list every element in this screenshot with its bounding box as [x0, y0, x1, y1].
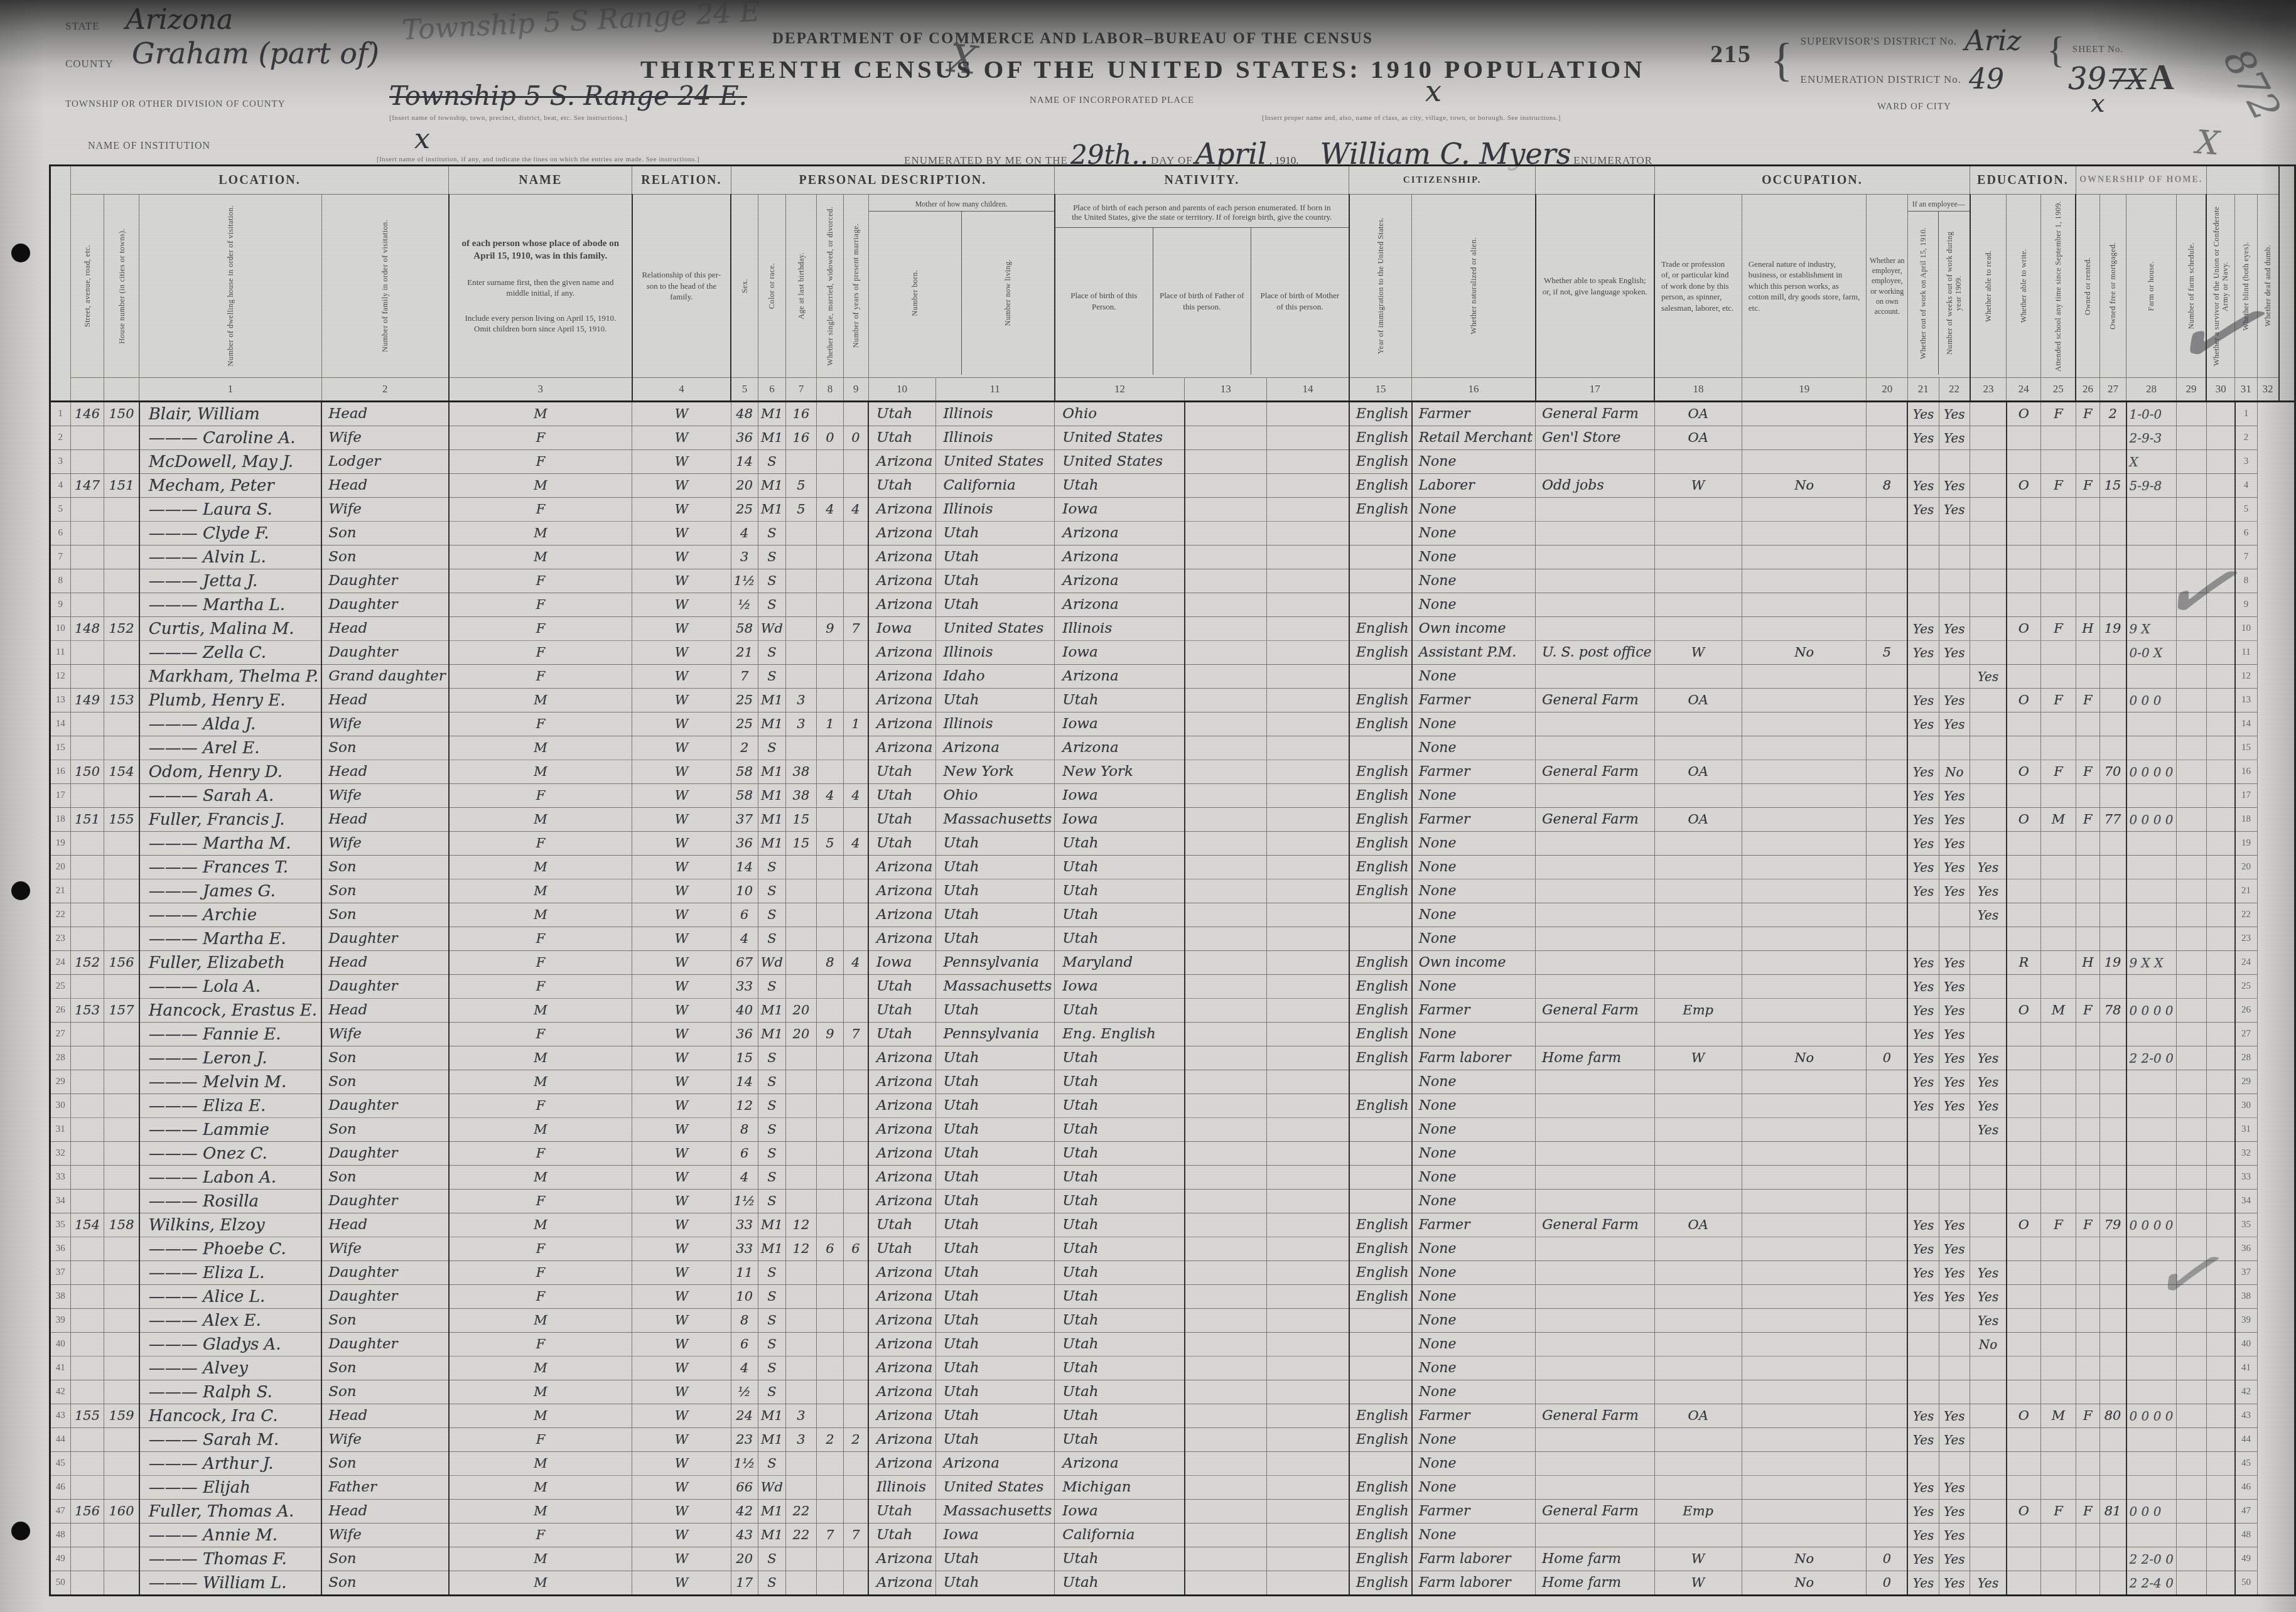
cell-pobf: Utah	[935, 593, 1055, 617]
cell-fam	[104, 903, 139, 927]
cell-eng: English	[1349, 975, 1412, 999]
cell-rel: Son	[321, 1309, 449, 1333]
cell-yrs: 15	[785, 832, 816, 856]
cell-age: 67	[731, 951, 758, 975]
cell-own: O	[2007, 1500, 2041, 1523]
row-number: 7	[2235, 545, 2258, 569]
cell-wks	[1867, 1404, 1907, 1428]
cell-emp	[1654, 1118, 1742, 1142]
cell-wr: Yes	[1939, 1428, 1970, 1452]
cell-natz	[1267, 1309, 1349, 1333]
table-row: 12Markham, Thelma P.Grand daughterFW7SAr…	[50, 665, 2295, 689]
cell-wks	[1867, 689, 1907, 712]
cell-imm	[1185, 1261, 1267, 1285]
cell-fam	[104, 1046, 139, 1070]
cell-fsn	[2099, 1142, 2126, 1166]
cell-wr: Yes	[1939, 784, 1970, 808]
cell-yrs	[785, 1118, 816, 1142]
cell-cb	[817, 975, 844, 999]
cell-wks	[1867, 975, 1907, 999]
cell-age: 1½	[731, 1452, 758, 1476]
row-number-header-left	[50, 166, 71, 402]
cell-color: W	[632, 1142, 731, 1166]
cell-own	[2007, 593, 2041, 617]
cell-pobf: United States	[935, 1476, 1055, 1500]
row-number: 38	[2235, 1285, 2258, 1309]
row-number	[2176, 1285, 2206, 1309]
cell-sex: M	[449, 1213, 632, 1237]
cell-natz	[1267, 1285, 1349, 1309]
cell-rel: Daughter	[321, 1285, 449, 1309]
cell-wks	[1867, 1190, 1907, 1213]
cell-wks	[1867, 1333, 1907, 1357]
col-header-children-born: Num­ber born.	[869, 212, 961, 375]
cell-yrs	[785, 1357, 816, 1380]
row-number: 26	[2235, 999, 2258, 1023]
row-number: 30	[2235, 1094, 2258, 1118]
cell-cl	[843, 808, 868, 832]
cell-pobm: New York	[1055, 760, 1185, 784]
cell-yrs	[785, 736, 816, 760]
cell-wr: Yes	[1939, 1547, 1970, 1571]
cell-imm	[1185, 641, 1267, 665]
cell-dw	[70, 927, 104, 951]
cell-pobm: Utah	[1055, 689, 1185, 712]
cell-imm	[1185, 808, 1267, 832]
cell-sch	[1970, 402, 2007, 426]
cell-rel: Daughter	[321, 1142, 449, 1166]
cell-ind: General Farm	[1536, 999, 1654, 1023]
row-number: 2	[50, 426, 71, 450]
cell-cb	[817, 1213, 844, 1237]
row-number	[2176, 1190, 2206, 1213]
cell-pobf: Utah	[935, 1237, 1055, 1261]
cell-oow	[1742, 1237, 1867, 1261]
cell-fsn	[2099, 784, 2126, 808]
cell-cb	[817, 402, 844, 426]
cell-fsn	[2099, 1523, 2126, 1547]
table-row: 16150154Odom, Henry D.HeadMW58M138UtahNe…	[50, 760, 2295, 784]
cell-fh	[2076, 1094, 2099, 1118]
cell-trade: None	[1412, 1309, 1536, 1333]
row-number	[2176, 402, 2206, 426]
cell-oow	[1742, 1070, 1867, 1094]
cell-imm	[1185, 1166, 1267, 1190]
cell-fh	[2076, 498, 2099, 522]
cell-wks	[1867, 784, 1907, 808]
cell-imm	[1185, 784, 1267, 808]
cell-dw: 149	[70, 689, 104, 712]
group-name: NAME	[449, 166, 632, 195]
cell-eng: English	[1349, 1023, 1412, 1046]
row-number: 39	[50, 1309, 71, 1333]
cell-pob: Utah	[868, 474, 935, 498]
cell-color: W	[632, 808, 731, 832]
cell-sch	[1970, 498, 2007, 522]
cell-natz	[1267, 450, 1349, 474]
cell-age: 36	[731, 426, 758, 450]
row-number: 2	[2235, 426, 2258, 450]
cell-pobm: Illinois	[1055, 617, 1185, 641]
cell-rel: Wife	[321, 426, 449, 450]
cell-eng: English	[1349, 760, 1412, 784]
cell-ind	[1536, 736, 1654, 760]
row-number	[2176, 1404, 2206, 1428]
cell-eng: English	[1349, 474, 1412, 498]
cell-emp	[1654, 569, 1742, 593]
cell-trade: None	[1412, 1142, 1536, 1166]
cell-fam	[104, 1547, 139, 1571]
cell-color: W	[632, 1309, 731, 1333]
cell-trade: Farmer	[1412, 999, 1536, 1023]
cell-name: Mecham, Peter	[139, 474, 321, 498]
cell-color: W	[632, 593, 731, 617]
cell-emp	[1654, 1190, 1742, 1213]
cell-natz	[1267, 474, 1349, 498]
cell-fh	[2076, 736, 2099, 760]
cell-wks	[1867, 999, 1907, 1023]
cell-marks	[2126, 1523, 2177, 1547]
cell-age: 42	[731, 1500, 758, 1523]
cell-age: 21	[731, 641, 758, 665]
cell-pobm: Michigan	[1055, 1476, 1185, 1500]
cell-age: 25	[731, 712, 758, 736]
cell-emp	[1654, 1428, 1742, 1452]
cell-rel: Wife	[321, 1023, 449, 1046]
cell-own	[2007, 1190, 2041, 1213]
cell-eng: English	[1349, 1476, 1412, 1500]
cell-pobf: Utah	[935, 1404, 1055, 1428]
cell-trade: None	[1412, 1261, 1536, 1285]
cell-fam	[104, 927, 139, 951]
cell-fam	[104, 1070, 139, 1094]
col-header-relation: Relationship of this per­son to the head…	[632, 195, 731, 378]
cell-marital: M1	[758, 1213, 785, 1237]
cell-pob: Utah	[868, 1213, 935, 1237]
cell-emp	[1654, 1476, 1742, 1500]
sheet-letter: A	[2148, 58, 2174, 97]
cell-natz	[1267, 856, 1349, 879]
col-header-color-race: Color or race.	[758, 195, 785, 378]
cell-fam	[104, 856, 139, 879]
cell-fh	[2076, 1285, 2099, 1309]
cell-fh	[2076, 975, 2099, 999]
table-row: 42——— Ralph S.SonMW½SArizonaUtahUtahNone…	[50, 1380, 2295, 1404]
cell-trade: None	[1412, 593, 1536, 617]
cell-wr	[1939, 736, 1970, 760]
cell-age: 20	[731, 474, 758, 498]
cell-fsn	[2099, 903, 2126, 927]
cell-sex: F	[449, 927, 632, 951]
cell-natz	[1267, 1070, 1349, 1094]
cell-rd	[1907, 1333, 1939, 1357]
cell-emp: OA	[1654, 1213, 1742, 1237]
cell-pobm: Iowa	[1055, 808, 1185, 832]
cell-rel: Daughter	[321, 1094, 449, 1118]
row-number	[2206, 999, 2234, 1023]
col-header-family-number: Number of family in order of visitation.	[321, 195, 449, 378]
cell-fh: F	[2076, 760, 2099, 784]
cell-fsn	[2099, 593, 2126, 617]
cell-sex: M	[449, 1357, 632, 1380]
cell-yrs: 12	[785, 1213, 816, 1237]
cell-fr	[2041, 1190, 2076, 1213]
cell-wks	[1867, 927, 1907, 951]
cell-age: 11	[731, 1261, 758, 1285]
cell-pobm: Arizona	[1055, 522, 1185, 545]
cell-sex: F	[449, 426, 632, 450]
cell-natz	[1267, 999, 1349, 1023]
cell-name: ——— Rosilla	[139, 1190, 321, 1213]
cell-wr: Yes	[1939, 1213, 1970, 1237]
table-row: 50——— William L.SonMW17SArizonaUtahUtahE…	[50, 1571, 2295, 1596]
cell-fsn	[2099, 975, 2126, 999]
cell-own	[2007, 1094, 2041, 1118]
cell-imm	[1185, 1070, 1267, 1094]
cell-rd	[1907, 1142, 1939, 1166]
cell-fsn	[2099, 1380, 2126, 1404]
cell-rel: Son	[321, 1571, 449, 1596]
cell-fsn: 80	[2099, 1404, 2126, 1428]
cell-sch	[1970, 545, 2007, 569]
cell-dw: 156	[70, 1500, 104, 1523]
row-number: 11	[50, 641, 71, 665]
cell-trade: Assistant P.M.	[1412, 641, 1536, 665]
cell-sex: F	[449, 1142, 632, 1166]
cell-sch	[1970, 1547, 2007, 1571]
cell-wr	[1939, 927, 1970, 951]
cell-cb	[817, 1380, 844, 1404]
cell-oow	[1742, 1428, 1867, 1452]
cell-dw	[70, 1166, 104, 1190]
row-number	[2206, 975, 2234, 999]
cell-cl	[843, 999, 868, 1023]
cell-emp	[1654, 832, 1742, 856]
cell-cb	[817, 1046, 844, 1070]
cell-name: ——— Eliza L.	[139, 1261, 321, 1285]
cell-dw	[70, 1428, 104, 1452]
cell-marital: S	[758, 1190, 785, 1213]
cell-color: W	[632, 450, 731, 474]
row-number: 26	[50, 999, 71, 1023]
cell-imm	[1185, 569, 1267, 593]
cell-rd: Yes	[1907, 1547, 1939, 1571]
row-number	[2176, 1523, 2206, 1547]
cell-oow	[1742, 879, 1867, 903]
cell-eng	[1349, 1118, 1412, 1142]
cell-dw: 147	[70, 474, 104, 498]
cell-wr	[1939, 1118, 1970, 1142]
cell-emp: Emp	[1654, 1500, 1742, 1523]
cell-fsn	[2099, 1285, 2126, 1309]
cell-color: W	[632, 689, 731, 712]
cell-fr	[2041, 1285, 2076, 1309]
cell-own	[2007, 927, 2041, 951]
cell-color: W	[632, 1380, 731, 1404]
cell-fh	[2076, 1237, 2099, 1261]
row-number: 1	[2235, 402, 2258, 426]
cell-dw	[70, 712, 104, 736]
cell-trade: None	[1412, 975, 1536, 999]
cell-fh	[2076, 426, 2099, 450]
cell-wr	[1939, 1333, 1970, 1357]
cell-marital: S	[758, 522, 785, 545]
cell-rel: Daughter	[321, 1190, 449, 1213]
cell-imm	[1185, 1118, 1267, 1142]
cell-marks	[2126, 1070, 2177, 1094]
cell-dw	[70, 641, 104, 665]
cell-natz	[1267, 1500, 1349, 1523]
cell-fam	[104, 1523, 139, 1547]
cell-pobf: Utah	[935, 1261, 1055, 1285]
cell-marital: M1	[758, 402, 785, 426]
cell-own	[2007, 975, 2041, 999]
cell-fam	[104, 450, 139, 474]
cell-sex: F	[449, 951, 632, 975]
cell-color: W	[632, 1523, 731, 1547]
table-row: 38——— Alice L.DaughterFW10SArizonaUtahUt…	[50, 1285, 2295, 1309]
cell-rd: Yes	[1907, 641, 1939, 665]
cell-pobf: Utah	[935, 1333, 1055, 1357]
table-row: 21——— James G.SonMW10SArizonaUtahUtahEng…	[50, 879, 2295, 903]
cell-imm	[1185, 975, 1267, 999]
cell-color: W	[632, 1452, 731, 1476]
cell-age: 2	[731, 736, 758, 760]
cell-rel: Son	[321, 856, 449, 879]
cell-marks: X	[2126, 450, 2177, 474]
cell-pobm: Utah	[1055, 1380, 1185, 1404]
cell-cb	[817, 903, 844, 927]
row-number	[2206, 1404, 2234, 1428]
cell-marital: S	[758, 1309, 785, 1333]
cell-pobm: Eng. English	[1055, 1023, 1185, 1046]
cell-sch	[1970, 1476, 2007, 1500]
row-number	[2176, 1333, 2206, 1357]
cell-ind	[1536, 1070, 1654, 1094]
cell-marital: S	[758, 545, 785, 569]
cell-sch	[1970, 689, 2007, 712]
cell-wr: Yes	[1939, 402, 1970, 426]
cell-name: Hancock, Erastus E.	[139, 999, 321, 1023]
cell-marital: M1	[758, 999, 785, 1023]
cell-name: ——— Martha E.	[139, 927, 321, 951]
cell-wr: Yes	[1939, 641, 1970, 665]
cell-rel: Son	[321, 522, 449, 545]
row-number	[2206, 951, 2234, 975]
cell-dw	[70, 498, 104, 522]
cell-marks	[2126, 522, 2177, 545]
cell-trade: None	[1412, 569, 1536, 593]
cell-sex: M	[449, 1476, 632, 1500]
cell-pobf: United States	[935, 617, 1055, 641]
cell-yrs	[785, 879, 816, 903]
cell-fr: F	[2041, 689, 2076, 712]
row-number	[2206, 1070, 2234, 1094]
cell-sch: Yes	[1970, 1070, 2007, 1094]
cell-wks	[1867, 545, 1907, 569]
cell-fsn	[2099, 1237, 2126, 1261]
cell-imm	[1185, 1142, 1267, 1166]
cell-marital: S	[758, 1046, 785, 1070]
cell-wr	[1939, 545, 1970, 569]
cell-age: 8	[731, 1309, 758, 1333]
cell-imm	[1185, 474, 1267, 498]
cell-cl: 7	[843, 1023, 868, 1046]
cell-cl: 4	[843, 951, 868, 975]
cell-cl	[843, 927, 868, 951]
cell-color: W	[632, 1023, 731, 1046]
cell-trade: None	[1412, 856, 1536, 879]
cell-yrs	[785, 1571, 816, 1596]
cell-trade: Own income	[1412, 951, 1536, 975]
cell-fam	[104, 641, 139, 665]
cell-yrs	[785, 545, 816, 569]
row-number: 50	[2235, 1571, 2258, 1596]
cell-wr: Yes	[1939, 712, 1970, 736]
cell-fsn: 78	[2099, 999, 2126, 1023]
cell-oow	[1742, 593, 1867, 617]
cell-emp: OA	[1654, 689, 1742, 712]
table-row: 18151155Fuller, Francis J.HeadMW37M115Ut…	[50, 808, 2295, 832]
cell-dw: 154	[70, 1213, 104, 1237]
cell-eng: English	[1349, 498, 1412, 522]
cell-sex: M	[449, 1380, 632, 1404]
cell-natz	[1267, 498, 1349, 522]
cell-trade: None	[1412, 665, 1536, 689]
cell-cl	[843, 545, 868, 569]
cell-fsn	[2099, 927, 2126, 951]
cell-fh	[2076, 522, 2099, 545]
cell-trade: None	[1412, 1333, 1536, 1357]
cell-fh: F	[2076, 474, 2099, 498]
cell-cb	[817, 879, 844, 903]
cell-wks	[1867, 426, 1907, 450]
cell-rd: Yes	[1907, 784, 1939, 808]
cell-trade: Farmer	[1412, 808, 1536, 832]
cell-pob: Arizona	[868, 1118, 935, 1142]
cell-pobm: Arizona	[1055, 1452, 1185, 1476]
cell-emp: OA	[1654, 808, 1742, 832]
cell-wr: Yes	[1939, 1285, 1970, 1309]
cell-fam	[104, 545, 139, 569]
cell-pobf: Massachusetts	[935, 808, 1055, 832]
row-number	[2176, 1500, 2206, 1523]
cell-eng: English	[1349, 426, 1412, 450]
cell-wr	[1939, 1142, 1970, 1166]
row-number: 40	[50, 1333, 71, 1357]
row-number	[2206, 1357, 2234, 1380]
cell-trade: Farm laborer	[1412, 1571, 1536, 1596]
table-row: 11——— Zella C.DaughterFW21SArizonaIllino…	[50, 641, 2295, 665]
cell-name: Fuller, Thomas A.	[139, 1500, 321, 1523]
cell-wks	[1867, 1500, 1907, 1523]
row-number: 18	[50, 808, 71, 832]
cell-wks: 0	[1867, 1571, 1907, 1596]
cell-sch: Yes	[1970, 1094, 2007, 1118]
cell-rel: Head	[321, 999, 449, 1023]
cell-fam	[104, 1380, 139, 1404]
cell-pobf: Idaho	[935, 665, 1055, 689]
cell-emp	[1654, 498, 1742, 522]
row-number	[2206, 760, 2234, 784]
cell-name: Fuller, Elizabeth	[139, 951, 321, 975]
cell-wr	[1939, 522, 1970, 545]
cell-eng	[1349, 1309, 1412, 1333]
cell-natz	[1267, 975, 1349, 999]
cell-pobf: Utah	[935, 927, 1055, 951]
cell-cb: 9	[817, 1023, 844, 1046]
cell-yrs	[785, 665, 816, 689]
